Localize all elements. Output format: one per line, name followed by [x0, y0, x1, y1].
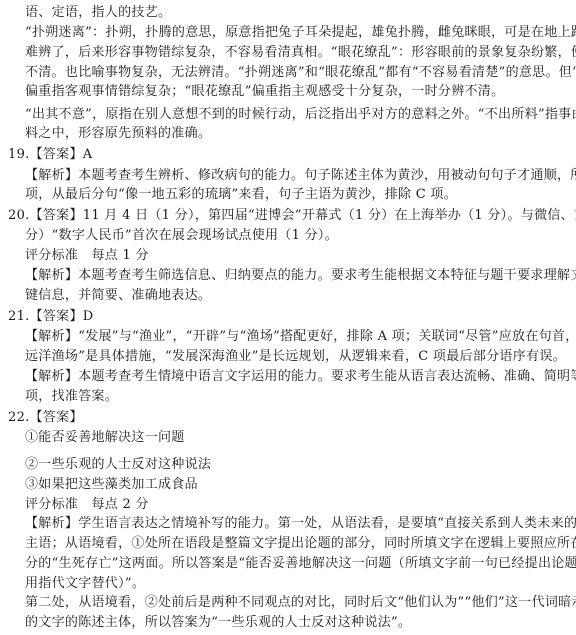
text-line: “出其不意”，原指在别人意想不到的时候行动，后泛指出乎对方的意料之外。“不出所料…	[25, 107, 556, 123]
text-line: 分）“数字人民币”首次在展会现场试点使用（1 分）。	[25, 228, 338, 244]
text-line: 【解析】本题考查考生情境中语言文字运用的能力。要求考生能从语言表达流畅、准确、简…	[25, 369, 556, 385]
text-line: 项，找准答案。	[25, 389, 118, 405]
text-line: “扑朔迷离”：扑朔，扑腾的意思，原意指把兔子耳朵提起，雄兔扑腾，雌兔眯眼，可是在…	[25, 25, 556, 41]
text-line: 的文字的陈述主体，所以答案为“一些乐观的人士反对这种说法”。	[25, 615, 411, 631]
text-line: 【解析】本题考查考生筛选信息、归纳要点的能力。要求考生能根据文本特征与题干要求理…	[25, 268, 556, 284]
text-line: 【解析】本题考查考生辨析、修改病句的能力。句子陈述主体为黄沙，用被动句句子才通顺…	[25, 168, 556, 184]
text-line: 【解析】学生语言表达之情境补写的能力。第一处，从语法看，是要填“直接关系到人类未…	[25, 516, 556, 532]
text-line: 主语；从语境看，①处所在语段是整篇文字提出论题的部分，同时所填文字在逻辑上要照应…	[25, 536, 556, 552]
text-line: 评分标准 每点 1 分	[25, 248, 149, 264]
text-line: 远洋渔场”是具体措施，“发展深海渔业”是长远规划，从逻辑来看，C 项最后部分语序…	[25, 349, 566, 365]
question-number-line: 19.【答案】A	[8, 147, 92, 163]
text-line: ①能否妥善地解决这一问题	[25, 430, 185, 446]
text-line: 偏重指客观事情错综复杂；“眼花缭乱”偏重指主观感受十分复杂，一时分辨不清。	[25, 84, 504, 100]
text-line: 不清。也比喻事物复杂，无法辨清。“扑朔迷离”和“眼花缭乱”都有“不容易看清楚”的…	[25, 65, 556, 81]
text-line: 用指代文字替代）”。	[25, 576, 145, 592]
text-line: 项，从最后分句“像一地五彩的琉璃”来看，句子主语为黄沙，排除 C 项。	[25, 187, 457, 203]
text-line: 键信息，并简要、准确地表达。	[25, 288, 211, 304]
text-line: 第二处，从语境看，②处前后是两种不同观点的对比，同时后文“他们认为”“他们”这一…	[25, 595, 556, 611]
text-line: 难辨了，后来形容事物错综复杂，不容易看清真相。“眼花缭乱”：形容眼前的景象复杂纷…	[25, 45, 556, 61]
question-number-line: 21.【答案】D	[8, 309, 94, 325]
text-line: 【解析】“发展”与“渔业”，“开辟”与“渔场”搭配更好，排除 A 项；关联词“尽…	[25, 329, 556, 345]
text-line: 语、定语，指人的技艺。	[25, 5, 171, 21]
text-line: ③如果把这些藻类加工成食品	[25, 477, 198, 493]
text-line: ②一些乐观的人士反对这种说法	[25, 457, 211, 473]
question-number-line: 22.【答案】	[8, 410, 83, 426]
text-line: 分的“生死存亡”这两面。所以答案是“能否妥善地解决这一问题（所填文字前一句已经提…	[25, 556, 556, 572]
text-line: 料之中，形容原先预料的准确。	[25, 126, 211, 142]
text-line: 评分标准 每点 2 分	[25, 497, 149, 513]
question-number-line: 20.【答案】11 月 4 日（1 分），第四届“进博会”开幕式（1 分）在上海…	[8, 208, 576, 224]
